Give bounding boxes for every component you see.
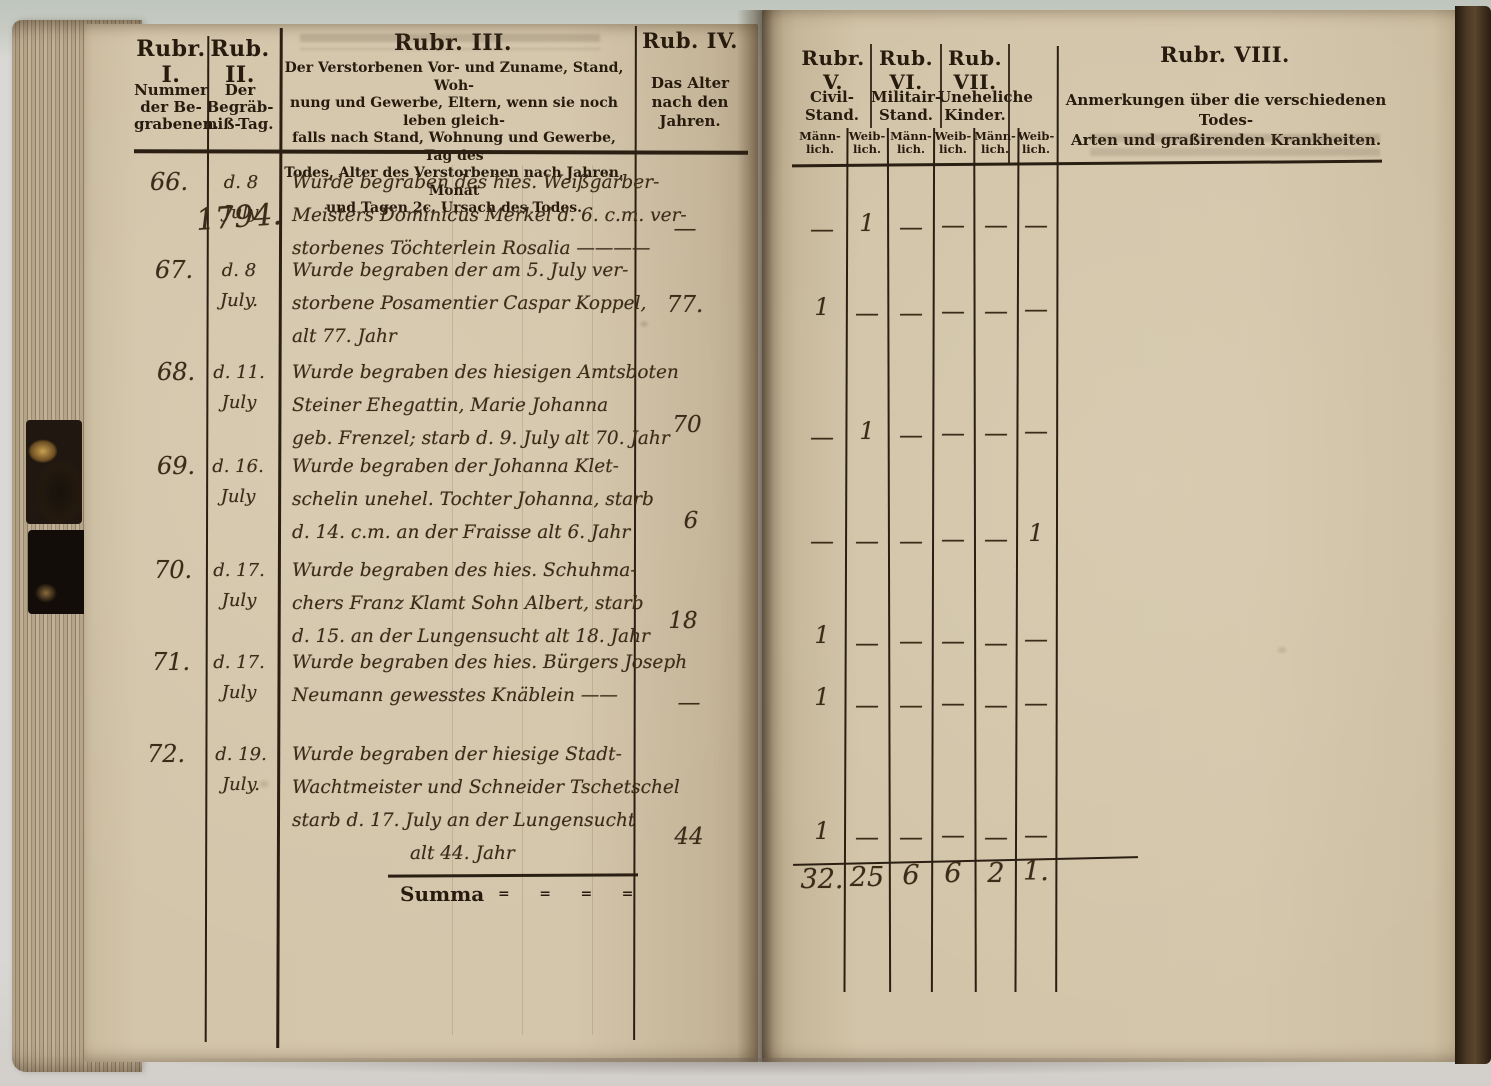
entry-age: —	[644, 690, 734, 716]
summa-label: Summa	[400, 882, 484, 906]
entry-number: 69.	[157, 452, 195, 480]
total-uneheliche-w: 1.	[1014, 856, 1058, 887]
entry-text: Wurde begraben des hies. Weißgärber-Meis…	[292, 166, 687, 265]
summa-filler-marks: = = = =	[498, 886, 635, 902]
subcol-militair-m: Männ-lich.	[890, 130, 932, 155]
subcol-civil-w: Weib-lich.	[846, 130, 888, 155]
rubric-8-bleed-through	[1090, 134, 1380, 158]
book-gutter-shadow	[737, 10, 783, 1062]
entry-age: —	[640, 216, 730, 242]
entry-year: 1794.	[195, 197, 283, 238]
book-drop-shadow	[50, 1058, 1460, 1078]
rubric-7-title: Rub. VII.	[942, 46, 1008, 94]
subcol-uneheliche-w: Weib-lich.	[1016, 130, 1056, 155]
rubric-1-label: Nummer der Be- grabenen.	[134, 82, 208, 133]
fore-edge-damage-spot-2	[28, 530, 88, 614]
entry-text: Wurde begraben des hiesigen AmtsbotenSte…	[292, 356, 679, 455]
total-uneheliche-m: 2	[974, 858, 1018, 889]
right-header-divider-2	[940, 44, 942, 128]
entry-age: 6	[646, 508, 736, 534]
entry-age: 18	[638, 608, 728, 634]
total-civil-w: 25	[845, 862, 889, 893]
entry-number: 71.	[152, 648, 190, 676]
entry-date: d. 17.July	[204, 556, 274, 616]
entry-date: d. 11.July	[204, 358, 274, 418]
entry-date: d. 19.July.	[206, 740, 276, 800]
entry-date: d. 8July.	[204, 256, 274, 316]
entry-date: d. 16.July	[203, 452, 273, 512]
entry-number: 68.	[157, 358, 195, 386]
rubric-4-title: Rub. IV.	[634, 28, 746, 53]
entry-age: 77.	[640, 292, 730, 318]
entry-number: 72.	[147, 740, 185, 768]
total-militair-m: 6	[889, 860, 933, 891]
right-header-divider-1	[870, 44, 872, 128]
entry-number: 66.	[150, 168, 188, 196]
rubric-4-label: Das Alter nach den Jahren.	[634, 74, 746, 131]
entry-number: 67.	[155, 256, 193, 284]
book-scan: Rubr. I. Rub. II. Rubr. III. Rub. IV. Nu…	[0, 0, 1491, 1086]
total-militair-w: 6	[931, 858, 975, 889]
rubric-5-title: Rubr. V.	[796, 46, 870, 94]
entry-text: Wurde begraben des hies. Schuhma-chers F…	[292, 554, 650, 653]
rubric-7-label: UnehelicheKinder.	[938, 88, 1012, 124]
rubric-6-label: Militair-Stand.	[870, 88, 942, 124]
header-bleed-through	[300, 34, 600, 50]
entry-text: Wurde begraben der Johanna Klet-schelin …	[292, 450, 654, 549]
entry-number: 70.	[154, 556, 192, 584]
rubric-6-title: Rub. VI.	[872, 46, 940, 94]
total-civil-m: 32.	[800, 864, 844, 895]
entry-text: Wurde begraben der hiesige Stadt-Wachtme…	[292, 738, 680, 870]
right-header-divider-3	[1008, 44, 1010, 164]
rubric-8-title: Rubr. VIII.	[1060, 42, 1390, 67]
rubric-2-label: Der Begräb- niß-Tag.	[206, 82, 274, 133]
subcol-civil-m: Männ-lich.	[797, 130, 843, 155]
entry-age: 70	[642, 412, 732, 438]
rubric-5-label: Civil-Stand.	[794, 88, 870, 124]
entry-age: 44	[644, 824, 734, 850]
entry-text: Wurde begraben des hies. Bürgers JosephN…	[292, 646, 687, 712]
subcol-militair-w: Weib-lich.	[932, 130, 974, 155]
fore-edge-damage-spot-1	[26, 420, 82, 524]
entry-date: d. 17.July	[204, 648, 274, 708]
book-cover-edge	[1455, 6, 1491, 1064]
entry-text: Wurde begraben der am 5. July ver-storbe…	[292, 254, 646, 353]
